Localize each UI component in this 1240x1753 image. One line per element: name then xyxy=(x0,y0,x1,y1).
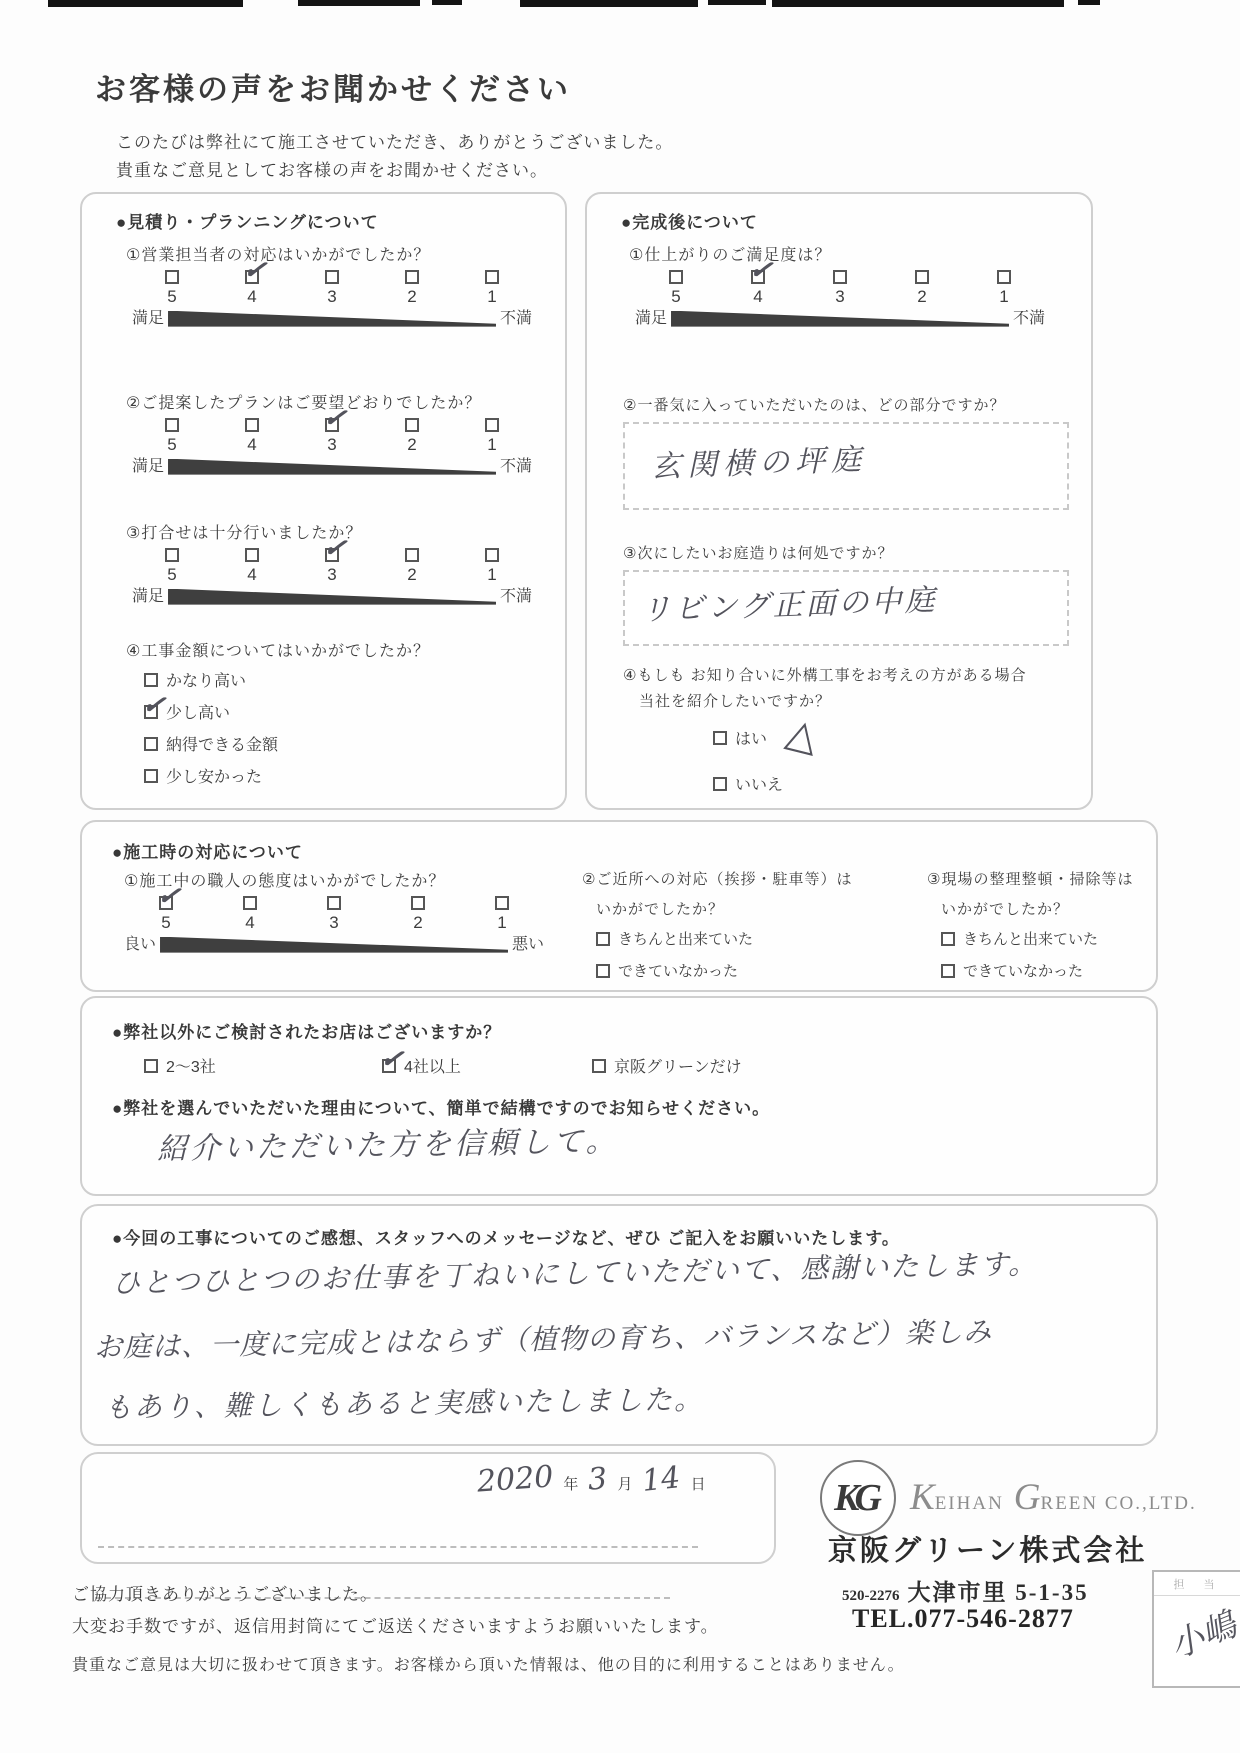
rating-scale: ✓ 5 4 3 2 1 満足 不満 xyxy=(635,270,1045,328)
handwritten-comment-line: ひとつひとつのお仕事を丁ねいにしていただいて、感謝いたします。 xyxy=(112,1242,1039,1301)
scale-num: 2 xyxy=(372,287,452,307)
checkbox[interactable]: ✓ xyxy=(382,1059,396,1073)
en-rest: EIHAN xyxy=(935,1493,1004,1515)
section-planning: ●見積り・プランニングについて ①営業担当者の対応はいかがでしたか？ ✓ 5 4… xyxy=(80,192,567,810)
question-text: ③現場の整理整頓・掃除等は xyxy=(927,868,1133,889)
checkmark-icon: ✓ xyxy=(747,255,774,286)
option-price-slightly-low[interactable]: 少し安かった xyxy=(144,764,262,787)
scale-num: 1 xyxy=(963,287,1045,307)
page-title: お客様の声をお聞かせください xyxy=(95,64,571,109)
rating-checkbox-1[interactable] xyxy=(495,896,509,910)
option-2-3-shops[interactable]: 2～3社 xyxy=(144,1054,216,1077)
checkbox[interactable] xyxy=(596,932,610,946)
answer-box-favorite-part[interactable]: 玄関横の坪庭 xyxy=(623,422,1069,510)
section-heading: ●弊社以外にご検討されたお店はございますか？ xyxy=(112,1018,501,1043)
day-label: 日 xyxy=(691,1473,706,1494)
question-text: ①仕上がりのご満足度は？ xyxy=(629,242,831,265)
scale-wedge xyxy=(168,459,496,475)
intro-line-2: 貴重なご意見としてお客様の声をお聞かせください。 xyxy=(116,156,548,181)
option-refer-no[interactable]: いいえ xyxy=(713,772,783,795)
option-price-slightly-high[interactable]: ✓ 少し高い xyxy=(144,700,230,723)
scale-num: 3 xyxy=(292,435,372,455)
checkbox[interactable] xyxy=(144,1059,158,1073)
scale-num: 4 xyxy=(208,913,292,933)
section-completion: ●完成後について ①仕上がりのご満足度は？ ✓ 5 4 3 2 1 満足 不満 xyxy=(585,192,1093,810)
option-label: かなり高い xyxy=(166,668,246,691)
option-refer-yes[interactable]: はい xyxy=(713,726,767,749)
checkmark-icon: ✓ xyxy=(378,1043,405,1074)
checkbox[interactable] xyxy=(144,673,158,687)
triangle-mark: △ xyxy=(782,709,823,761)
rating-checkbox-4[interactable] xyxy=(245,548,259,562)
option-keihan-green-only[interactable]: 京阪グリーンだけ xyxy=(592,1054,742,1077)
checkmark-icon: ✓ xyxy=(241,255,268,286)
option-label: できていなかった xyxy=(963,960,1083,981)
checkbox[interactable] xyxy=(941,932,955,946)
question-text: ①営業担当者の対応はいかがでしたか？ xyxy=(126,242,430,265)
checkmark-icon: ✓ xyxy=(321,533,348,564)
rating-checkbox-2[interactable] xyxy=(411,896,425,910)
handwritten-comment-line: もあり、難しくもあると実感いたしました。 xyxy=(104,1378,705,1426)
answer-box-next-garden[interactable]: リビング正面の中庭 xyxy=(623,570,1069,646)
option-label: きちんと出来ていた xyxy=(618,928,753,949)
rating-checkbox-3[interactable] xyxy=(833,270,847,284)
checkbox[interactable] xyxy=(596,964,610,978)
scale-num: 3 xyxy=(292,287,372,307)
date-line: 2020 年 3 月 14 日 xyxy=(477,1462,706,1497)
scale-num: 3 xyxy=(799,287,881,307)
kg-monogram-logo: KG xyxy=(820,1460,896,1536)
company-name-jp: 京阪グリーン株式会社 xyxy=(828,1528,1147,1569)
rating-checkbox-4[interactable] xyxy=(245,418,259,432)
scan-artifact xyxy=(298,0,420,6)
signature-line xyxy=(98,1546,698,1548)
rating-checkbox-2[interactable] xyxy=(915,270,929,284)
scale-wedge xyxy=(671,311,1009,327)
rating-checkbox-3[interactable]: ✓ xyxy=(325,548,339,562)
scale-num: 3 xyxy=(292,565,372,585)
staff-box: 担 当 小嶋 xyxy=(1152,1570,1240,1688)
section-heading: ●施工時の対応について xyxy=(112,838,303,863)
scale-label-left: 良い xyxy=(124,936,156,954)
option-label: 少し安かった xyxy=(166,764,262,787)
scale-num: 3 xyxy=(292,913,376,933)
rating-scale: ✓ 5 4 3 2 1 良い 悪い xyxy=(124,896,544,954)
option-label: 京阪グリーンだけ xyxy=(614,1054,742,1077)
scale-num: 5 xyxy=(124,913,208,933)
option-label: 少し高い xyxy=(166,700,230,723)
scale-label-right: 不満 xyxy=(500,310,532,328)
option-label: 2～3社 xyxy=(166,1054,216,1077)
scale-num: 1 xyxy=(452,565,532,585)
checkbox[interactable] xyxy=(592,1059,606,1073)
company-name-en: K EIHAN G REEN CO.,LTD. xyxy=(910,1476,1197,1519)
month-label: 月 xyxy=(617,1473,632,1494)
scan-artifact xyxy=(520,0,698,7)
handwritten-month: 3 xyxy=(587,1461,608,1497)
intro-line-1: このたびは弊社にて施工させていただき、ありがとうございました。 xyxy=(116,128,673,153)
scan-artifact xyxy=(708,0,766,5)
checkbox[interactable] xyxy=(713,777,727,791)
scale-wedge xyxy=(168,311,496,327)
section-other-shops: ●弊社以外にご検討されたお店はございますか？ 2～3社 ✓ 4社以上 京阪グリー… xyxy=(80,996,1158,1196)
question-text: ④工事金額についてはいかがでしたか？ xyxy=(126,638,430,661)
scale-wedge xyxy=(168,589,496,605)
handwritten-answer: リビング正面の中庭 xyxy=(640,575,938,629)
option-site-not-done[interactable]: できていなかった xyxy=(941,960,1083,981)
scale-num: 4 xyxy=(212,565,292,585)
handwritten-staff-name: 小嶋 xyxy=(1161,1597,1240,1668)
footer-line-2: 大変お手数ですが、返信用封筒にてご返送くださいますようお願いいたします。 xyxy=(72,1612,719,1637)
scale-label-right: 悪い xyxy=(512,936,544,954)
option-label: 納得できる金額 xyxy=(166,732,278,755)
en-initial-k: K xyxy=(910,1476,935,1519)
address-text: 大津市里 5-1-35 xyxy=(908,1574,1089,1607)
option-label: いいえ xyxy=(735,772,783,795)
option-label: 4社以上 xyxy=(404,1054,461,1077)
option-price-fair[interactable]: 納得できる金額 xyxy=(144,732,278,755)
scan-artifact xyxy=(432,0,462,5)
footer-line-1: ご協力頂きありがとうございました。 xyxy=(72,1580,378,1605)
question-text: ②ご近所への対応（挨拶・駐車等）は xyxy=(582,868,852,889)
monogram-text: KG xyxy=(834,1476,882,1520)
rating-checkbox-2[interactable] xyxy=(405,270,419,284)
en-rest: REEN CO.,LTD. xyxy=(1041,1493,1197,1515)
rating-checkbox-3[interactable] xyxy=(327,896,341,910)
rating-checkbox-1[interactable] xyxy=(997,270,1011,284)
scale-num: 4 xyxy=(717,287,799,307)
handwritten-answer: 紹介いただいた方を信頼して。 xyxy=(157,1116,619,1168)
scale-label-left: 満足 xyxy=(132,588,164,606)
handwritten-answer: 玄関横の坪庭 xyxy=(650,434,867,486)
option-label: できていなかった xyxy=(618,960,738,981)
rating-checkbox-5[interactable] xyxy=(165,418,179,432)
scanned-survey-page: お客様の声をお聞かせください このたびは弊社にて施工させていただき、ありがとうご… xyxy=(0,0,1240,1753)
question-text: ②一番気に入っていただいたのは、どの部分ですか？ xyxy=(623,394,1005,415)
section-heading: ●見積り・プランニングについて xyxy=(116,208,379,233)
scan-artifact xyxy=(48,0,243,7)
rating-checkbox-1[interactable] xyxy=(485,270,499,284)
scale-num: 4 xyxy=(212,435,292,455)
rating-checkbox-3[interactable]: ✓ xyxy=(325,418,339,432)
checkbox[interactable] xyxy=(941,964,955,978)
rating-checkbox-5[interactable]: ✓ xyxy=(159,896,173,910)
scan-artifact xyxy=(772,0,1064,7)
checkbox[interactable] xyxy=(144,769,158,783)
section-free-comment: ●今回の工事についてのご感想、スタッフへのメッセージなど、ぜひ ご記入をお願いい… xyxy=(80,1204,1158,1446)
section-heading: ●完成後について xyxy=(621,208,758,233)
option-4-or-more-shops[interactable]: ✓ 4社以上 xyxy=(382,1054,461,1077)
option-site-done-well[interactable]: きちんと出来ていた xyxy=(941,928,1098,949)
company-address: 520-2276 大津市里 5-1-35 xyxy=(842,1574,1089,1607)
question-text: いかがでしたか？ xyxy=(596,898,724,919)
scale-num: 4 xyxy=(212,287,292,307)
rating-checkbox-5[interactable] xyxy=(165,548,179,562)
rating-checkbox-2[interactable] xyxy=(405,418,419,432)
rating-checkbox-4[interactable]: ✓ xyxy=(751,270,765,284)
rating-checkbox-5[interactable] xyxy=(669,270,683,284)
handwritten-day: 14 xyxy=(641,1460,683,1499)
scale-num: 2 xyxy=(372,565,452,585)
rating-scale: ✓ 5 4 3 2 1 満足 不満 xyxy=(132,270,532,328)
staff-label: 担 当 xyxy=(1154,1572,1240,1596)
question-text: ③次にしたいお庭造りは何処ですか？ xyxy=(623,542,893,563)
section-heading: ●弊社を選んでいただいた理由について、簡単で結構ですのでお知らせください。 xyxy=(112,1094,770,1119)
scale-label-right: 不満 xyxy=(500,458,532,476)
question-text: ②ご提案したプランはご要望どおりでしたか？ xyxy=(126,390,481,413)
handwritten-comment-line: お庭は、一度に完成とはならず（植物の育ち、バランスなど）楽しみ xyxy=(94,1310,993,1366)
scale-label-left: 満足 xyxy=(132,458,164,476)
scale-num: 5 xyxy=(132,565,212,585)
question-text: ④もしも お知り合いに外構工事をお考えの方がある場合 xyxy=(623,664,1027,685)
option-label: きちんと出来ていた xyxy=(963,928,1098,949)
option-neighbors-not-done[interactable]: できていなかった xyxy=(596,960,738,981)
option-price-very-high[interactable]: かなり高い xyxy=(144,668,246,691)
en-initial-g: G xyxy=(1014,1476,1041,1519)
checkmark-icon: ✓ xyxy=(155,881,182,912)
rating-scale: ✓ 5 4 3 2 1 満足 不満 xyxy=(132,418,532,476)
scale-num: 5 xyxy=(132,287,212,307)
company-tel: TEL.077-546-2877 xyxy=(852,1604,1074,1634)
rating-checkbox-4[interactable]: ✓ xyxy=(245,270,259,284)
scale-num: 5 xyxy=(132,435,212,455)
scale-label-left: 満足 xyxy=(132,310,164,328)
checkbox[interactable]: ✓ xyxy=(144,705,158,719)
date-signature-box: 2020 年 3 月 14 日 xyxy=(80,1452,776,1564)
rating-checkbox-3[interactable] xyxy=(325,270,339,284)
scale-label-right: 不満 xyxy=(500,588,532,606)
section-construction: ●施工時の対応について ①施工中の職人の態度はいかがでしたか？ ✓ 5 4 3 … xyxy=(80,820,1158,992)
option-label: はい xyxy=(735,726,767,749)
handwritten-year: 2020 xyxy=(476,1459,555,1499)
zip-code: 520-2276 xyxy=(842,1588,900,1605)
section-heading: ●今回の工事についてのご感想、スタッフへのメッセージなど、ぜひ ご記入をお願いい… xyxy=(112,1224,900,1249)
scale-num: 5 xyxy=(635,287,717,307)
checkmark-icon: ✓ xyxy=(140,689,167,720)
rating-checkbox-2[interactable] xyxy=(405,548,419,562)
scale-label-left: 満足 xyxy=(635,310,667,328)
scale-label-right: 不満 xyxy=(1013,310,1045,328)
year-label: 年 xyxy=(563,1473,578,1494)
question-text: 当社を紹介したいですか？ xyxy=(639,690,831,711)
rating-checkbox-1[interactable] xyxy=(485,548,499,562)
checkbox[interactable] xyxy=(713,731,727,745)
scale-wedge xyxy=(160,937,508,953)
rating-checkbox-1[interactable] xyxy=(485,418,499,432)
question-text: いかがでしたか？ xyxy=(941,898,1069,919)
scan-artifact xyxy=(1078,0,1100,5)
rating-checkbox-5[interactable] xyxy=(165,270,179,284)
scale-num: 1 xyxy=(460,913,544,933)
checkmark-icon: ✓ xyxy=(321,403,348,434)
scale-num: 1 xyxy=(452,287,532,307)
scale-num: 2 xyxy=(372,435,452,455)
scale-num: 1 xyxy=(452,435,532,455)
rating-scale: ✓ 5 4 3 2 1 満足 不満 xyxy=(132,548,532,606)
scale-num: 2 xyxy=(376,913,460,933)
option-neighbors-done-well[interactable]: きちんと出来ていた xyxy=(596,928,753,949)
footer-line-3: 貴重なご意見は大切に扱わせて頂きます。お客様から頂いた情報は、他の目的に利用する… xyxy=(72,1652,905,1675)
rating-checkbox-4[interactable] xyxy=(243,896,257,910)
checkbox[interactable] xyxy=(144,737,158,751)
scale-num: 2 xyxy=(881,287,963,307)
